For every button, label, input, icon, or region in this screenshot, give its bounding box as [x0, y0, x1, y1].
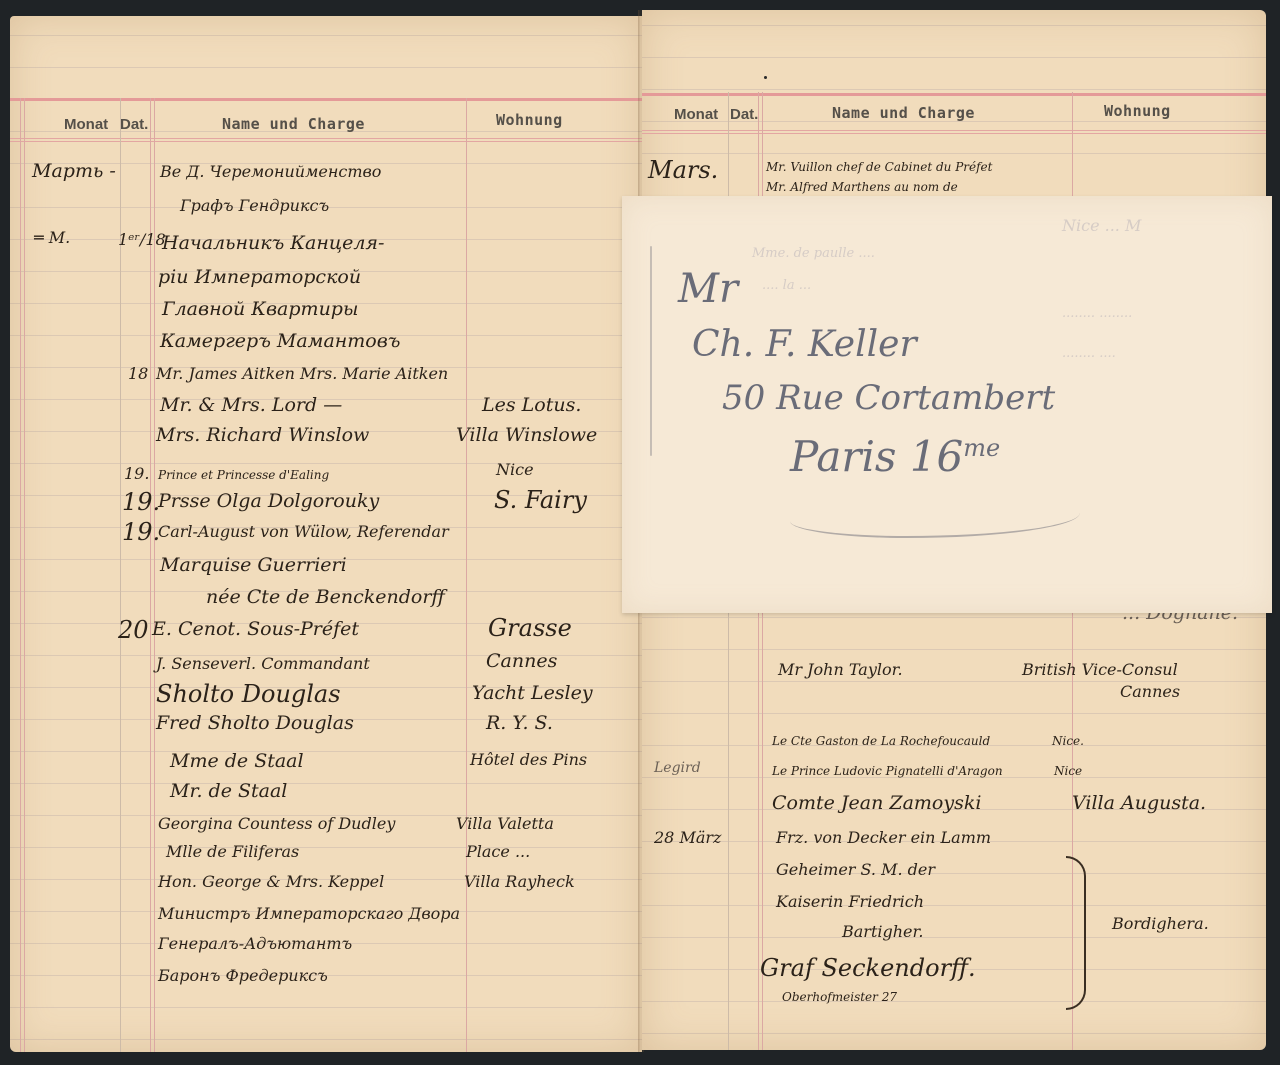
entry-date: 19. — [122, 488, 160, 516]
header-wohnung: Wohnung — [496, 111, 563, 129]
header-monat: Monat — [674, 106, 718, 123]
entry-residence: R. Y. S. — [486, 712, 553, 734]
entry-month: Марть - — [32, 160, 116, 182]
entry-name: Mr. Vuillon chef de Cabinet du Préfet — [766, 160, 992, 174]
entry-name: Mr. & Mrs. Lord — — [160, 394, 342, 416]
bleed-through-text: .... la ... — [762, 278, 811, 293]
entry-name: Geheimer S. M. der — [776, 860, 935, 879]
entry-name: Начальникъ Канцеля- — [162, 232, 384, 254]
bleed-through-text: Nice ... M — [1062, 216, 1141, 235]
card-name: Ch. F. Keller — [692, 324, 917, 365]
entry-name: Mr. Alfred Marthens au nom de — [766, 180, 958, 194]
entry-name: Баронъ Фредериксъ — [158, 966, 328, 985]
entry-residence: Villa Rayheck — [464, 872, 575, 891]
entry-residence: Nice — [1054, 764, 1082, 778]
entry-name: Главной Квартиры — [162, 298, 358, 320]
entry-name: рiи Императорской — [158, 266, 361, 288]
header-bottom-rule — [10, 138, 642, 139]
entry-date: 19. — [124, 464, 149, 483]
left-page: Monat Dat. Name und Charge Wohnung Марть… — [10, 16, 642, 1052]
pencil-underline — [790, 496, 1080, 538]
margin-note: Legird — [654, 760, 701, 776]
entry-date: 18 — [128, 364, 148, 383]
entry-name: Ве Д. Черемонийменство — [160, 162, 381, 181]
entry-name: Prsse Olga Dolgorouky — [158, 490, 379, 512]
entry-name: Georgina Countess of Dudley — [158, 814, 395, 833]
entry-residence: Cannes — [486, 650, 557, 672]
card-salutation: Mr — [678, 266, 738, 312]
entry-residence: Villa Valetta — [456, 814, 554, 833]
entry-date: 1ᵉʳ/18 — [118, 230, 166, 249]
entry-name: E. Cenot. Sous-Préfet — [152, 618, 359, 640]
entry-name: J. Senseverl. Commandant — [156, 654, 370, 673]
name-residence-divider — [466, 98, 467, 1052]
entry-name: Le Prince Ludovic Pignatelli d'Aragon — [772, 764, 1003, 778]
entry-name: Le Cte Gaston de La Rochefoucauld — [772, 734, 990, 748]
entry-month: Mars. — [648, 156, 718, 184]
entry-month: ═ М. — [34, 228, 70, 247]
card-arrondissement-suffix: me — [963, 434, 1000, 462]
header-top-rule — [10, 98, 642, 101]
entry-name: Marquise Guerrieri — [160, 554, 347, 576]
header-bottom-rule — [642, 130, 1266, 131]
entry-name: née Cte de Benckendorff — [206, 586, 445, 608]
entry-name: Mlle de Filiferas — [166, 842, 299, 861]
entry-residence: Grasse — [488, 614, 572, 642]
entry-name: Mrs. Richard Winslow — [156, 424, 369, 446]
header-monat: Monat — [64, 116, 108, 133]
header-name-und-charge: Name und Charge — [832, 104, 975, 122]
inserted-address-card: Mme. de paulle .... .... la ... Nice ...… — [622, 196, 1272, 613]
entry-name: Carl-August von Wülow, Referendar — [158, 522, 449, 541]
entry-residence: Yacht Lesley — [472, 682, 593, 704]
card-city: Paris 16me — [790, 432, 1000, 481]
header-top-rule — [642, 93, 1266, 96]
entry-residence: Nice — [496, 460, 534, 479]
entry-name: Sholto Douglas — [156, 680, 341, 708]
entry-name: Oberhofmeister 27 — [782, 990, 897, 1004]
card-city-text: Paris 16 — [790, 432, 963, 481]
entry-date: 19. — [122, 518, 160, 546]
entry-name: Mr. de Staal — [170, 780, 287, 802]
entry-residence: Cannes — [1120, 682, 1180, 701]
entry-name: Comte Jean Zamoyski — [772, 792, 981, 814]
entry-residence: Nice. — [1052, 734, 1084, 748]
entry-name: Камергеръ Мамантовъ — [160, 330, 400, 352]
entry-name: Kaiserin Friedrich — [776, 892, 924, 911]
card-street: 50 Rue Cortambert — [722, 378, 1055, 418]
bleed-through-text: ........ .... — [1062, 346, 1116, 361]
entry-date: 20 — [118, 616, 149, 644]
entry-name: Prince et Princesse d'Ealing — [158, 468, 329, 482]
bleed-through-text: Mme. de paulle .... — [752, 246, 875, 261]
entry-residence: S. Fairy — [494, 486, 587, 514]
margin-line — [20, 98, 25, 1052]
bleed-through-text: ........ ........ — [1062, 306, 1132, 321]
entry-name: Генералъ-Адъютантъ — [158, 934, 352, 953]
ink-dot — [764, 76, 767, 79]
header-bottom-rule-2 — [642, 133, 1266, 134]
entry-residence: Les Lotus. — [482, 394, 581, 416]
entry-residence: Place ... — [466, 842, 530, 861]
entry-name: Mme de Staal — [170, 750, 304, 772]
entry-name: Hon. George & Mrs. Keppel — [158, 872, 384, 891]
entry-name: Bartigher. — [842, 922, 923, 941]
entry-name: Графъ Гендриксъ — [180, 196, 329, 215]
brace — [1066, 856, 1086, 1010]
entry-name: Mr. James Aitken Mrs. Marie Aitken — [156, 364, 448, 383]
header-wohnung: Wohnung — [1104, 102, 1171, 120]
entry-residence: Hôtel des Pins — [470, 750, 587, 769]
pencil-stroke — [650, 246, 652, 456]
entry-name: Frz. von Decker ein Lamm — [776, 828, 991, 847]
header-bottom-rule-2 — [10, 141, 642, 142]
entry-residence: British Vice-Consul — [1022, 660, 1178, 679]
header-dat: Dat. — [120, 116, 148, 133]
entry-name: Mr John Taylor. — [778, 660, 903, 679]
entry-name: Fred Sholto Douglas — [156, 712, 354, 734]
entry-residence: Bordighera. — [1112, 914, 1209, 933]
entry-residence: Villa Augusta. — [1072, 792, 1206, 814]
entry-residence: Villa Winslowe — [456, 424, 597, 446]
entry-name: Министръ Императорскаго Двора — [158, 904, 460, 923]
entry-name: Graf Seckendorff. — [760, 954, 976, 982]
header-dat: Dat. — [730, 106, 758, 123]
header-name-und-charge: Name und Charge — [222, 115, 365, 133]
entry-date: 28 März — [654, 828, 721, 847]
